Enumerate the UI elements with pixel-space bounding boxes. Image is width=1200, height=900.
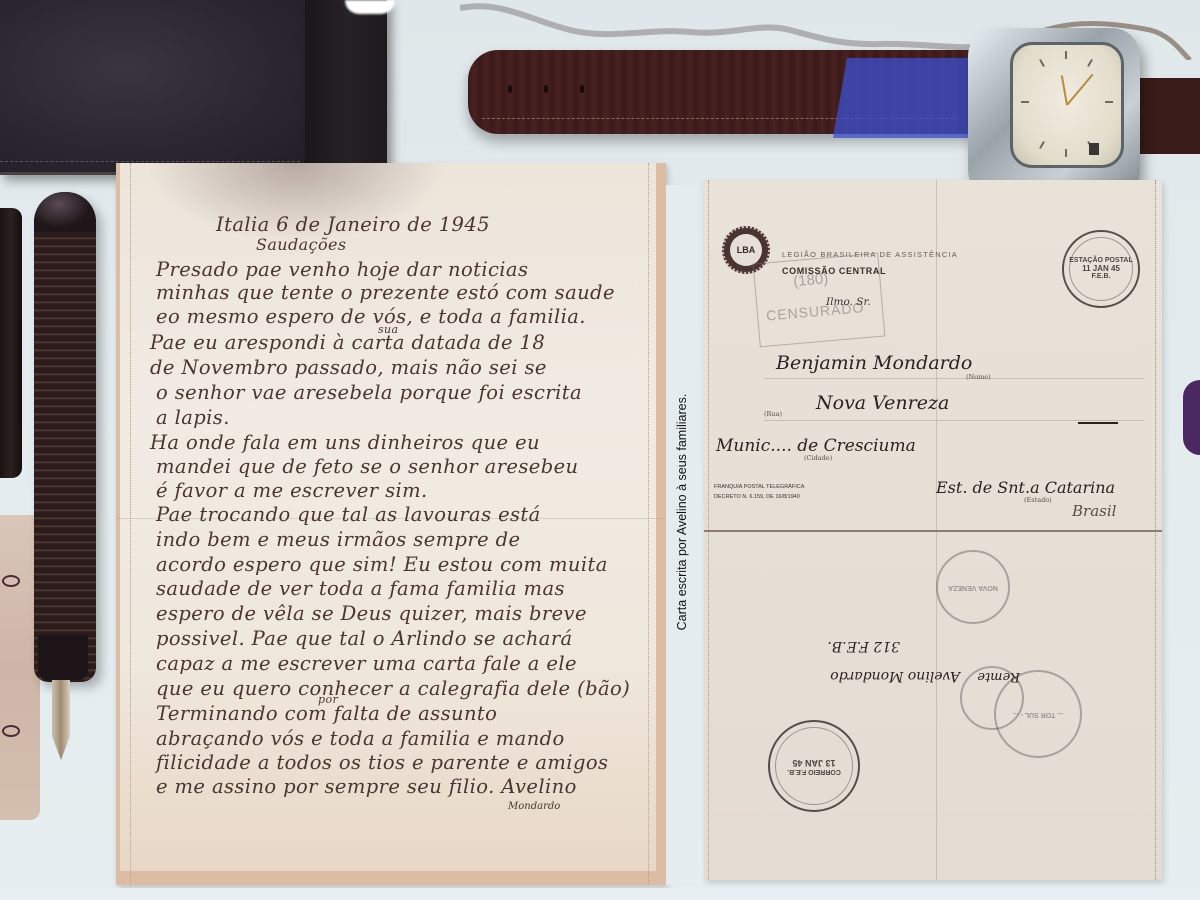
municipality: Munic.... de Cresciuma	[716, 436, 916, 456]
label-cidade: (Cidade)	[804, 454, 832, 462]
locality: Nova Venreza	[816, 392, 949, 414]
letter-line: filicidade a todos os tios e parente e a…	[156, 751, 608, 774]
letter-line: Pae trocando que tal as lavouras está	[156, 503, 541, 526]
letter-line: é favor a me escrever sim.	[156, 479, 428, 502]
postmark-estacao-postal: ESTAÇÃO POSTAL 11 JAN 45 F.E.B.	[1062, 230, 1140, 308]
display-shelf-edge	[0, 888, 1200, 900]
country: Brasil	[1072, 502, 1116, 520]
pen-cap	[0, 208, 22, 478]
label-nome: (Nome)	[966, 373, 991, 381]
light-glare	[345, 0, 395, 14]
letter-line: eo mesmo espero de vós, e toda a familia…	[156, 305, 586, 328]
letter-line: a lapis.	[156, 406, 230, 429]
letter-line: mandei que de feto se o senhor aresebeu	[156, 455, 579, 478]
wallet-flap	[305, 0, 387, 182]
letter-line: capaz a me escrever uma carta fale a ele	[156, 652, 577, 675]
signature-surname: Mondardo	[508, 801, 560, 812]
postmark-nova-veneza: NOVA VENEZA	[936, 550, 1010, 624]
letter-line: saudade de ver toda a fama familia mas	[156, 577, 565, 600]
letter-line: espero de vêla se Deus quizer, mais brev…	[156, 602, 587, 625]
letter-line: Presado pae venho hoje dar noticias	[156, 258, 528, 281]
postmark-correio-feb: CORREIO F.E.B. 13 JAN 45	[768, 720, 860, 812]
label-estado: (Estado)	[1024, 496, 1052, 504]
letter-line: Terminando com falta de assunto	[156, 702, 497, 725]
recipient-name: Benjamin Mondardo	[776, 352, 972, 374]
letter-line: Ha onde fala em uns dinheiros que eu	[150, 431, 540, 454]
letter-line: que eu quero conhecer a calegrafia dele …	[156, 677, 630, 700]
handwritten-letter: Italia 6 de Janeiro de 1945 Saudações Pr…	[116, 163, 666, 885]
salutation: Ilmo. Sr.	[826, 296, 871, 308]
pen-grip	[38, 635, 88, 680]
letter-line: e me assino por sempre seu filio. Avelin…	[156, 775, 577, 798]
watch-strap-right	[1135, 78, 1200, 154]
purple-object	[1183, 380, 1200, 455]
letter-line: indo bem e meus irmãos sempre de	[156, 528, 521, 551]
letter-line: o senhor vae aresebela porque foi escrit…	[156, 381, 582, 404]
letter-line: minhas que tente o prezente estó com sau…	[156, 281, 615, 304]
label-rua: (Rua)	[764, 410, 782, 418]
fountain-pen	[34, 192, 96, 682]
state: Est. de Snt.a Catarina	[936, 478, 1115, 497]
postmark-setor-sul: ... TOR SUL - ...	[994, 670, 1082, 758]
letter-line: possivel. Pae que tal o Arlindo se achar…	[156, 627, 573, 650]
franchise-notice: FRANQUIA POSTAL TELEGRÁFICA DECRETO N. 6…	[714, 482, 804, 502]
letter-line: Italia 6 de Janeiro de 1945	[216, 213, 490, 236]
watch-face	[1010, 42, 1124, 168]
pen-nib	[52, 680, 70, 760]
letter-line: de Novembro passado, mais não sei se	[150, 356, 547, 379]
caption-text: Carta escrita por Avelino à seus familia…	[675, 394, 689, 631]
wallet	[0, 0, 312, 175]
envelope-lettercard: LBA LEGIÃO BRASILEIRA DE ASSISTÊNCIA COM…	[704, 180, 1162, 880]
letter-line: acordo espero que sim! Eu estou com muit…	[156, 553, 608, 576]
letter-line: Pae eu arespondi à carta datada de 18	[150, 331, 545, 354]
letter-line: Saudações	[256, 235, 346, 254]
letter-line: abraçando vós e toda a familia e mando	[156, 727, 565, 750]
